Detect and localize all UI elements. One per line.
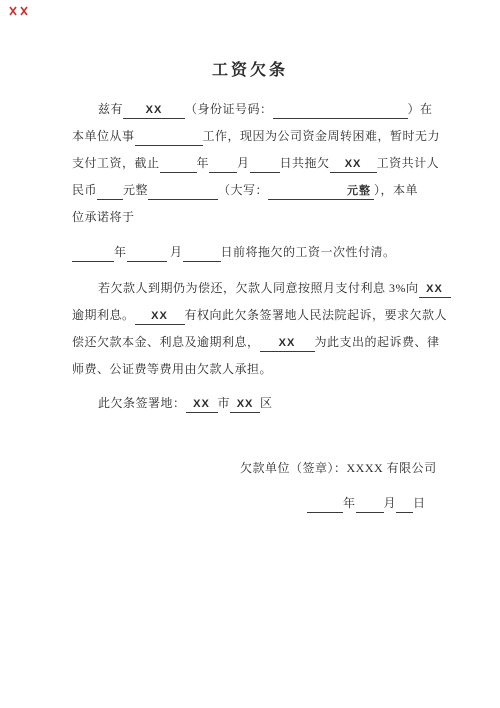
filled-blank-field: 元整: [344, 184, 374, 200]
document-body: 兹有XX（身份证号码： ）在本单位从事 工作，现因为公司资金周转困难，暂时无力支…: [0, 96, 500, 517]
blank-field: [135, 130, 203, 146]
text-segment: 月: [237, 156, 250, 170]
text-segment: 此欠条签署地：: [98, 396, 186, 410]
blank-field: [250, 157, 280, 173]
text-segment: 日: [413, 496, 426, 510]
text-segment: 逾期利息。: [72, 308, 135, 322]
text-segment: 师费、公证费等费用由欠款人承担。: [72, 362, 272, 376]
blank-field: [160, 157, 197, 173]
text-segment: 区: [260, 396, 273, 410]
blank-field: [396, 497, 413, 513]
text-line: 本单位从事 工作，现因为公司资金周转困难，暂时无力: [72, 123, 430, 150]
text-line: 年 月 日: [72, 490, 430, 517]
text-segment: 民币: [72, 183, 97, 197]
blank-field: [268, 184, 344, 200]
text-segment: 兹有: [98, 102, 123, 116]
text-line: 偿还欠款本金、利息及逾期利息，XX为此支出的起诉费、律: [72, 329, 430, 356]
text-segment: ），本单: [374, 183, 418, 197]
text-segment: 为此支出的起诉费、律: [315, 335, 440, 349]
blank-field: [356, 497, 384, 513]
text-segment: ）在: [408, 102, 433, 116]
text-segment: 有权向此欠条签署地人民法院起诉，要求欠款人: [185, 308, 448, 322]
blank-field: [183, 246, 221, 262]
text-line: 若欠款人到期仍为偿还，欠款人同意按照月支付利息 3%向XX: [72, 275, 430, 302]
blank-field: [72, 246, 114, 262]
text-segment: 年: [197, 156, 210, 170]
text-segment: 月: [384, 496, 397, 510]
text-segment: 市: [218, 396, 231, 410]
filled-blank-field: XX: [260, 336, 315, 352]
filled-blank-field: XX: [419, 282, 451, 298]
red-corner-mark-glyph: [8, 5, 32, 17]
text-line: 逾期利息。XX有权向此欠条签署地人民法院起诉，要求欠款人: [72, 302, 430, 329]
text-line: 师费、公证费等费用由欠款人承担。: [72, 356, 430, 383]
document-title: 工资欠条: [0, 0, 500, 80]
blank-field: [127, 246, 167, 262]
blank-field: [97, 184, 123, 200]
text-segment: （大写：: [218, 183, 268, 197]
text-segment: 工资共计人: [377, 156, 440, 170]
blank-field: [307, 497, 343, 513]
text-segment: 月: [167, 245, 183, 259]
filled-blank-field: XX: [186, 397, 218, 413]
filled-blank-field: XX: [230, 397, 260, 413]
text-line: 支付工资，截止 年 月 日共拖欠XX工资共计人: [72, 150, 430, 177]
blank-field: [273, 103, 408, 119]
text-line: 民币 元整 （大写： 元整），本单: [72, 177, 430, 204]
text-line: 兹有XX（身份证号码： ）在: [72, 96, 430, 123]
text-line: 年 月 日前将拖欠的工资一次性付清。: [72, 239, 430, 266]
text-segment: 偿还欠款本金、利息及逾期利息，: [72, 335, 260, 349]
text-segment: 欠款单位（签章）：XXXX 有限公司: [240, 461, 437, 475]
text-segment: 年: [343, 496, 356, 510]
text-segment: 工作，现因为公司资金周转困难，暂时无力: [203, 129, 441, 143]
text-segment: 日共拖欠: [280, 156, 330, 170]
text-segment: 若欠款人到期仍为偿还，欠款人同意按照月支付利息 3%向: [98, 281, 419, 295]
text-line: 位承诺将于: [72, 204, 430, 231]
text-segment: 位承诺将于: [72, 210, 135, 224]
document-page: 工资欠条 兹有XX（身份证号码： ）在本单位从事 工作，现因为公司资金周转困难，…: [0, 0, 500, 708]
blank-field: [209, 157, 237, 173]
text-segment: 支付工资，截止: [72, 156, 160, 170]
text-segment: 日前将拖欠的工资一次性付清。: [221, 245, 396, 259]
text-line: 欠款单位（签章）：XXXX 有限公司: [72, 455, 430, 482]
text-segment: 元整: [123, 183, 148, 197]
filled-blank-field: XX: [135, 309, 185, 325]
text-segment: 年: [114, 245, 127, 259]
blank-field: [148, 184, 218, 200]
text-segment: 本单位从事: [72, 129, 135, 143]
filled-blank-field: XX: [330, 157, 377, 173]
red-corner-mark-icon: [8, 4, 32, 16]
filled-blank-field: XX: [123, 103, 185, 119]
text-segment: （身份证号码：: [185, 102, 273, 116]
text-line: 此欠条签署地：XX市XX区: [72, 390, 430, 417]
